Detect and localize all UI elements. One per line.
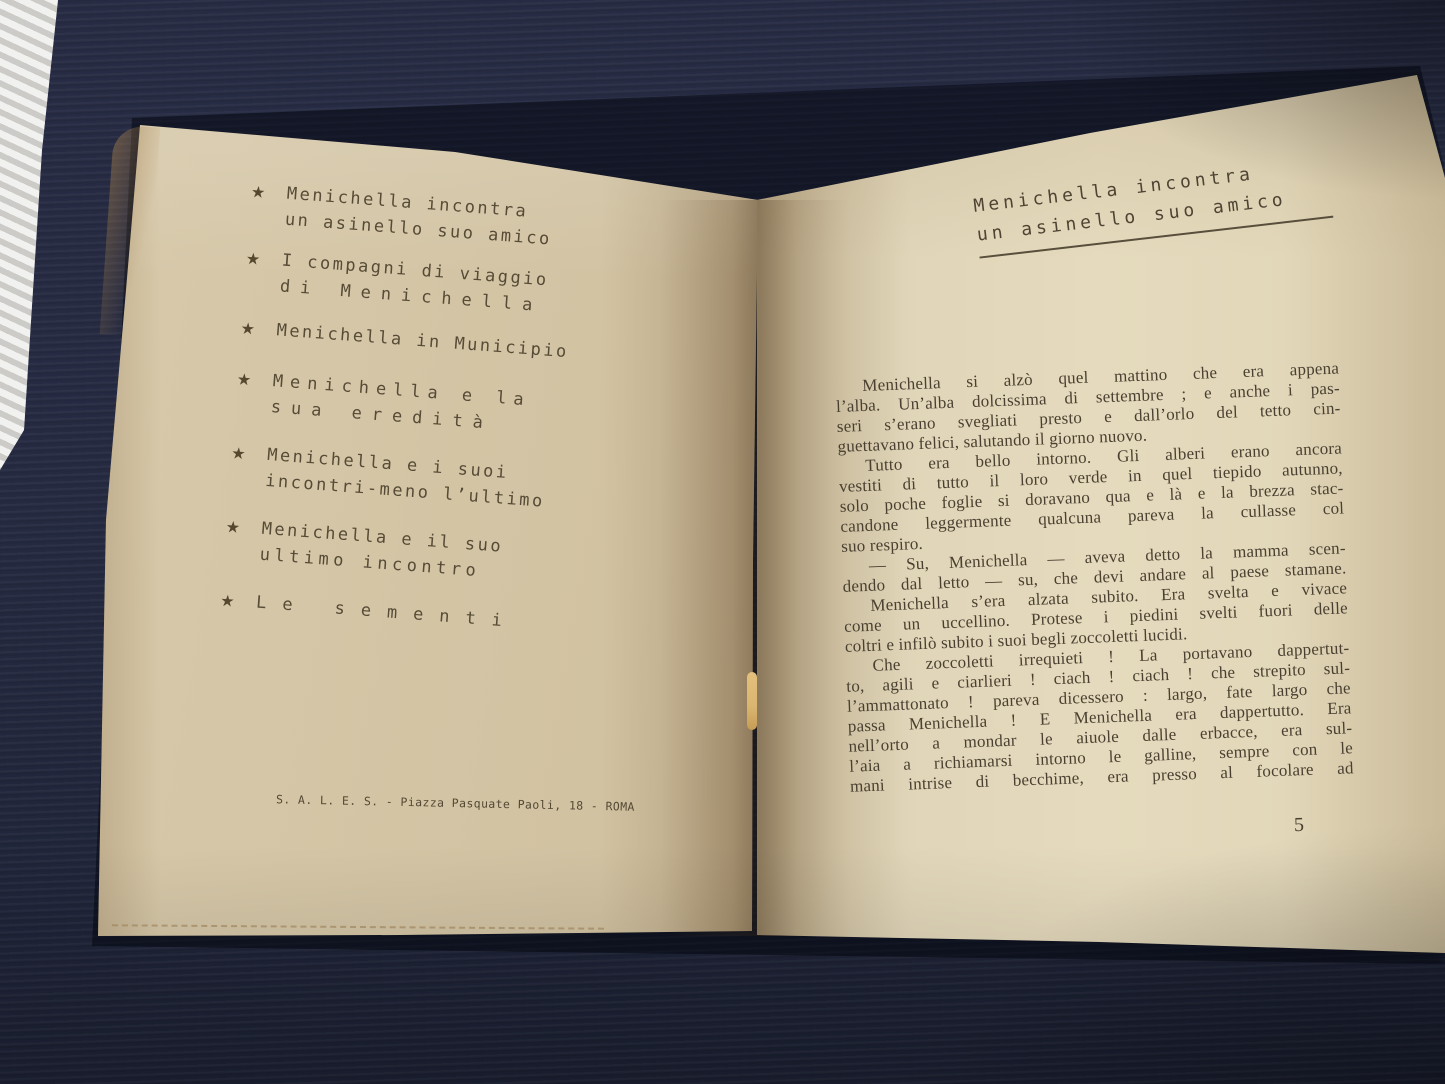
- star-icon: ★: [220, 591, 236, 611]
- body-paragraph: Tutto era bello intorno. Gli alberi eran…: [838, 438, 1345, 556]
- star-icon: ★: [236, 369, 252, 389]
- photo-of-open-book: ★ Menichella incontra un asinello suo am…: [0, 0, 1445, 1084]
- star-icon: ★: [231, 443, 247, 463]
- toc-item-line: Le sementi: [255, 590, 650, 645]
- toc-item: ★ Menichella e la sua eredità: [234, 365, 667, 449]
- table-of-contents: ★ Menichella incontra un asinello suo am…: [218, 178, 681, 667]
- page-edge-sliver: [747, 672, 757, 730]
- toc-item: ★ Le sementi: [219, 587, 650, 645]
- toc-item: ★ Menichella e i suoi incontri-meno l’ul…: [228, 439, 661, 523]
- toc-item: ★ I compagni di viaggio di Menichella: [243, 245, 676, 329]
- page-number: 5: [1294, 814, 1305, 837]
- star-icon: ★: [245, 249, 261, 269]
- star-icon: ★: [250, 182, 266, 202]
- chapter-body: Menichella si alzò quel mattino che era …: [835, 359, 1354, 797]
- toc-item-line: Menichella in Municipio: [276, 317, 671, 372]
- toc-item: ★ Menichella e il suo ultimo incontro: [223, 513, 656, 597]
- star-icon: ★: [240, 319, 256, 339]
- body-paragraph: Che zoccoletti irrequieti ! La portavano…: [845, 638, 1354, 796]
- star-icon: ★: [225, 517, 241, 537]
